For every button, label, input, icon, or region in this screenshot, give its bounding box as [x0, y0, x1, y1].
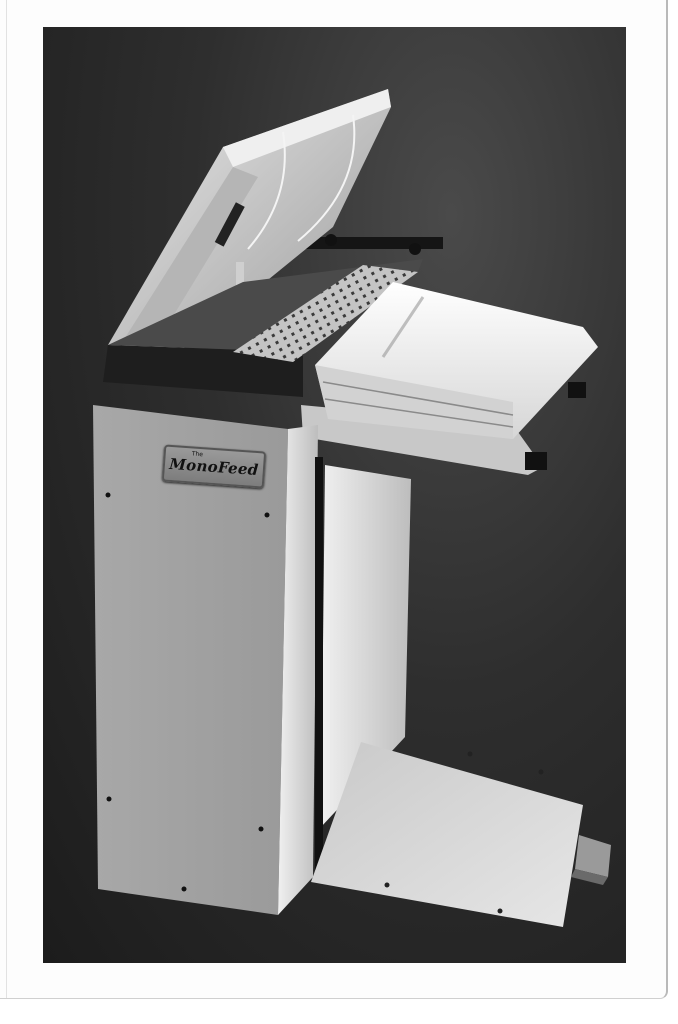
badge-brand-text: MonoFeed [169, 454, 259, 478]
badge-prefix: The [192, 450, 204, 458]
brand-badge: The MonoFeed [162, 444, 266, 488]
base-plate [311, 742, 583, 927]
machine-photo: The MonoFeed [43, 27, 626, 963]
machine-illustration [43, 27, 626, 963]
photo-print-card: The MonoFeed [0, 0, 668, 999]
card-edge-line [6, 0, 7, 998]
